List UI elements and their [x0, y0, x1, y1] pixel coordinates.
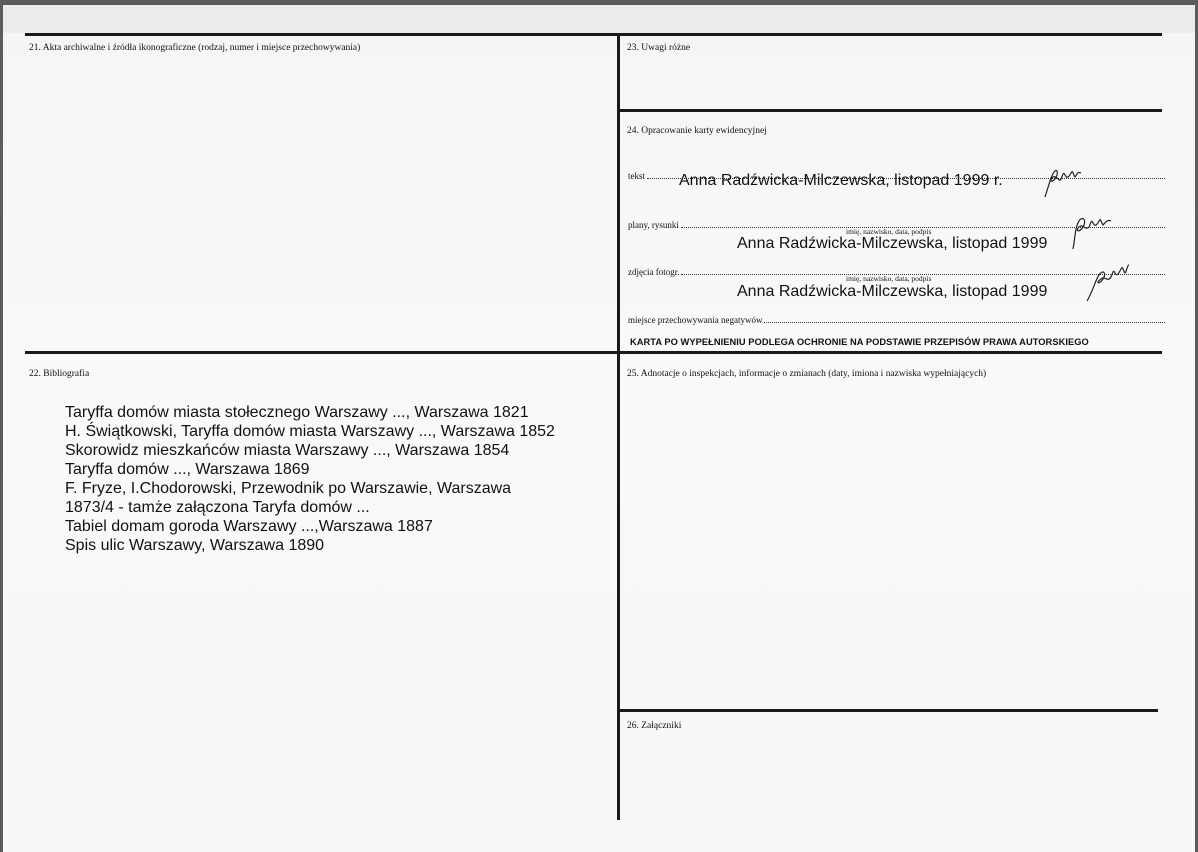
bibliography-entry: Taryffa domów ..., Warszawa 1869	[65, 460, 555, 479]
rule-s25-bottom	[620, 709, 1158, 712]
section-26-label: 26. Załączniki	[627, 721, 681, 731]
section-22-label: 22. Bibliografia	[29, 369, 89, 379]
form-page: 21. Akta archiwalne i źródła ikonografic…	[3, 5, 1195, 852]
section-23-label: 23. Uwagi różne	[627, 43, 690, 53]
field-tekst-label: tekst	[628, 171, 645, 181]
section-24-label: 24. Opracowanie karty ewidencyjnej	[627, 126, 767, 136]
signature-icon	[1041, 165, 1091, 201]
bibliography-entry: 1873/4 - tamże załączona Taryfa domów ..…	[65, 498, 555, 517]
field-zdjecia-hint: imię, nazwisko, data, podpis	[846, 274, 931, 283]
bibliography-entry: Skorowidz mieszkańców miasta Warszawy ..…	[65, 441, 555, 460]
field-plany-label: plany, rysunki	[628, 220, 679, 230]
section-25-label: 25. Adnotacje o inspekcjach, informacje …	[627, 369, 986, 379]
field-plany-value: Anna Radźwicka-Milczewska, listopad 1999	[737, 235, 1047, 253]
bibliography-entry: Tabiel domam goroda Warszawy ...,Warszaw…	[65, 517, 555, 536]
rule-s23-bottom	[620, 109, 1162, 112]
bibliography-list: Taryffa domów miasta stołecznego Warszaw…	[65, 403, 555, 555]
rule-middle	[25, 351, 1162, 354]
bibliography-entry: H. Świątkowski, Taryffa domów miasta War…	[65, 422, 555, 441]
field-zdjecia-value: Anna Radźwicka-Milczewska, listopad 1999	[737, 283, 1047, 301]
signature-icon	[1083, 261, 1133, 305]
bibliography-entry: F. Fryze, I.Chodorowski, Przewodnik po W…	[65, 479, 555, 498]
field-zdjecia-label: zdjęcia fotogr.	[628, 267, 679, 277]
bibliography-entry: Taryffa domów miasta stołecznego Warszaw…	[65, 403, 555, 422]
signature-icon	[1067, 213, 1117, 253]
section-21-label: 21. Akta archiwalne i źródła ikonografic…	[29, 43, 360, 53]
bibliography-entry: Spis ulic Warszawy, Warszawa 1890	[65, 536, 555, 555]
field-negatywy: miejsce przechowywania negatywów	[628, 314, 1165, 325]
rule-top	[25, 33, 1162, 36]
field-negatywy-label: miejsce przechowywania negatywów	[628, 315, 762, 325]
scan-top-band	[3, 5, 1195, 33]
dotted-line	[764, 314, 1165, 323]
field-tekst-value: Anna Radźwicka-Milczewska, listopad 1999…	[679, 172, 1003, 190]
column-divider	[617, 33, 620, 820]
copyright-notice: KARTA PO WYPEŁNIENIU PODLEGA OCHRONIE NA…	[630, 337, 1089, 347]
